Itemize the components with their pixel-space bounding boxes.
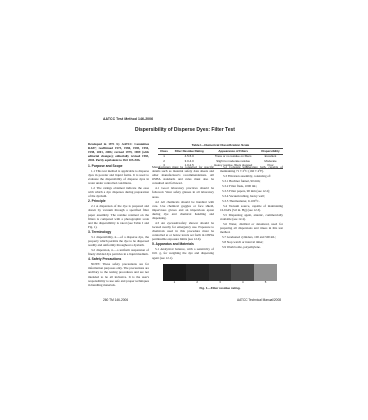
paragraph-1-1: 1.1 This test method is applicable to di… [88, 169, 149, 185]
paragraph-5-6: 5.6 Water, distilled or deionized, used … [220, 222, 283, 234]
page-title: Dispersibility of Disperse Dyes: Filter … [85, 127, 285, 133]
strip-segment-2 [186, 264, 209, 281]
scale-label: 3 [209, 281, 232, 284]
figure-1-caption: Fig. 1—Filter residue rating. [163, 286, 277, 290]
section-heading-principle: 2. Principle [88, 199, 149, 203]
paragraph-4-3: 4.3 An eyewash/safety shower should be l… [152, 221, 214, 241]
column-middle: Manufacturers must be consulted for spec… [152, 165, 214, 264]
scale-label: 5 [254, 281, 277, 284]
scale-label: 2 [186, 281, 209, 284]
list-item: 5.3.5 Thermometer, 0-100°C. [220, 199, 283, 203]
strip-segment-4 [231, 264, 254, 281]
paragraph-3-2: 3.2 dispersion, n.—a uniform suspension … [88, 248, 149, 256]
strip-segment-5 [254, 264, 277, 281]
footer-manual-name: AATCC Technical Manual/2008 [237, 298, 281, 302]
section-heading-safety: 4. Safety Precautions [88, 257, 149, 261]
paragraph-5-1: 5.1 Analytical balance, with a sensitivi… [152, 247, 214, 259]
scale-label: 1 [163, 281, 186, 284]
section-heading-apparatus: 5. Apparatus and Materials [152, 242, 214, 246]
paragraph-4-2: 4.2 All chemicals should be handled with… [152, 200, 214, 220]
paragraph-5-3: 5.3 Filtration assembly, consisting of: [220, 174, 283, 178]
section-heading-purpose: 1. Purpose and Scope [88, 164, 149, 168]
paragraph-5-4: 5.4 Vacuum source, capable of maintainin… [220, 204, 283, 212]
figure-1: 1 2 3 4 5 Fig. 1—Filter residue rating. [163, 264, 277, 290]
method-number-header: AATCC Test Method 146-2006 [103, 117, 153, 121]
residue-rating-strip [163, 264, 277, 281]
list-item: 5.7 Graduated cylinders, 100 and 500 mL; [220, 235, 283, 239]
list-item: 5.3.4 Vacuum tubing, heavy wall; [220, 194, 283, 198]
paragraph-safety-note: NOTE: These safety precautions are for i… [88, 262, 149, 287]
scale-label: 4 [231, 281, 254, 284]
list-item: 5.8 Stop watch or interval timer; [220, 240, 283, 244]
rating-scale-labels: 1 2 3 4 5 [163, 281, 277, 284]
list-item: 5.3.2 Filter flask, 1000 mL; [220, 184, 283, 188]
section-heading-terminology: 3. Terminology [88, 230, 149, 234]
history-paragraph: Developed in 1971 by AATCC Committee RA8… [88, 143, 149, 163]
strip-segment-1 [163, 264, 186, 281]
list-item: 5.3.3 Filter papers, 90 mm (see 12.2); [220, 189, 283, 193]
document-page: AATCC Test Method 146-2006 Dispersibilit… [0, 0, 368, 420]
table-1-title: Table I—Numerical Classification Scale [158, 143, 283, 147]
paragraph-safety-cont: Manufacturers must be consulted for spec… [152, 165, 214, 185]
paragraph-2-1: 2.1 A dispersion of the dye is prepared … [88, 204, 149, 229]
column-left: Developed in 1971 by AATCC Committee RA8… [88, 143, 149, 296]
paragraph-4-1: 4.1 Good laboratory practices should be … [152, 186, 214, 198]
column-right: 5.2 Constant temperature bath, capable o… [220, 165, 283, 264]
strip-segment-3 [209, 264, 232, 281]
paragraph-1-2: 1.2 The ratings obtained indicate the ea… [88, 186, 149, 198]
paragraph-5-5: 5.5 Dispersing agent, anionic, commercia… [220, 213, 283, 221]
page-content: AATCC Test Method 146-2006 Dispersibilit… [85, 115, 285, 315]
list-item: 5.9 Wash bottle, polyethylene. [220, 245, 283, 249]
list-item: 5.3.1 Buchner funnel, 90 mm; [220, 179, 283, 183]
paragraph-5-2: 5.2 Constant temperature bath, capable o… [220, 165, 283, 173]
footer-page-number: 260 TM 146-2006 [103, 298, 128, 302]
paragraph-3-1: 3.1 dispersibility, n.—of a disperse dye… [88, 235, 149, 247]
